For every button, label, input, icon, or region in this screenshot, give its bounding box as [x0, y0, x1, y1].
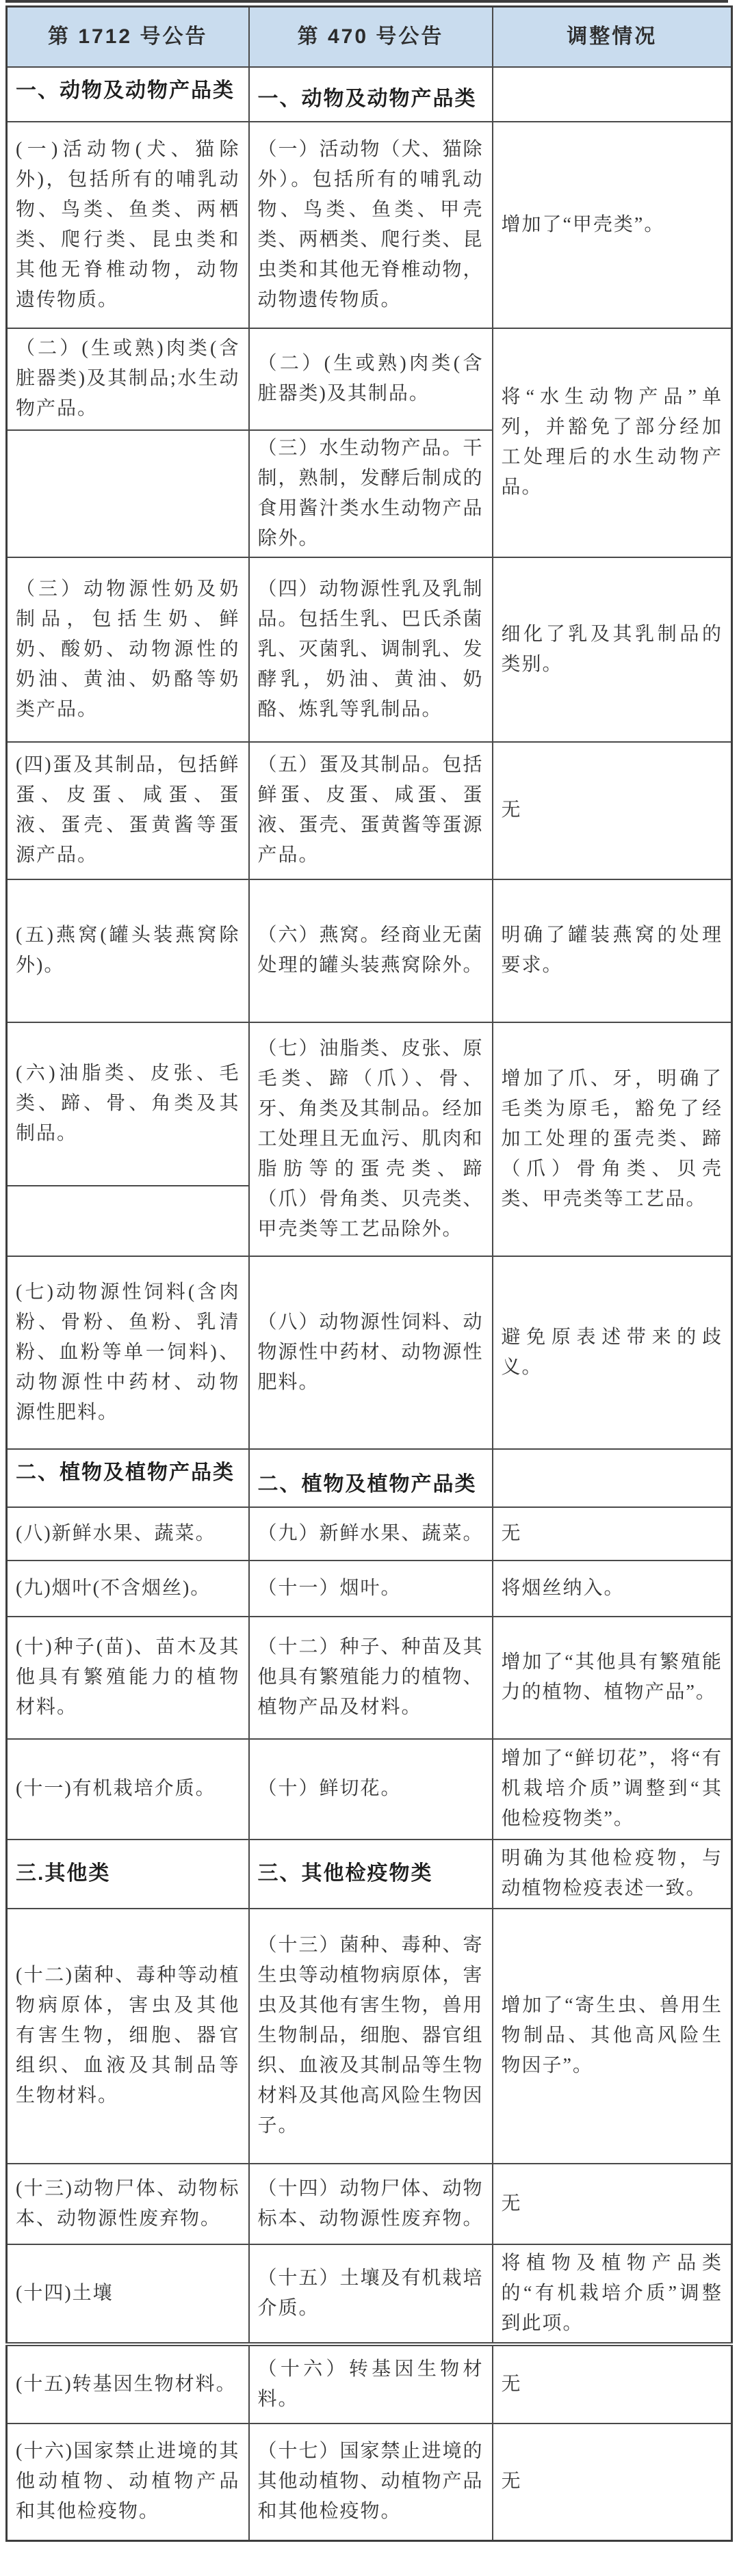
cell-470-tobacco: （十一）烟叶。 — [249, 1561, 493, 1617]
cell-1712-eggs: (四)蛋及其制品，包括鲜蛋、皮蛋、咸蛋、蛋液、蛋壳、蛋黄酱等蛋源产品。 — [7, 742, 249, 879]
cell-470-seeds: （十二）种子、种苗及其他具有繁殖能力的植物、植物产品及材料。 — [249, 1617, 493, 1739]
cell-note-pathogens: 增加了“寄生虫、兽用生物制品、其他高风险生物因子”。 — [493, 1909, 732, 2164]
cell-470-pathogens: （十三）菌种、毒种、寄生虫等动植物病原体，害虫及其他有害生物，兽用生物制品，细胞… — [249, 1909, 493, 2164]
cell-note-tobacco: 将烟丝纳入。 — [493, 1561, 732, 1617]
cell-1712-tobacco: (九)烟叶(不含烟丝)。 — [7, 1561, 249, 1617]
row-seeds: (十)种子(苗)、苗木及其他具有繁殖能力的植物材料。 （十二）种子、种苗及其他具… — [7, 1617, 732, 1739]
cell-note-live-animals: 增加了“甲壳类”。 — [493, 122, 732, 328]
row-growing-media: (十一)有机栽培介质。 （十）鲜切花。 增加了“鲜切花”，将“有机栽培介质”调整… — [7, 1739, 732, 1840]
row-carcasses: (十三)动物尸体、动物标本、动物源性废弃物。 （十四）动物尸体、动物标本、动物源… — [7, 2164, 732, 2244]
column-header-announcement-1712: 第 1712 号公告 — [7, 7, 249, 67]
cell-1712-birds-nest: (五)燕窝(罐头装燕窝除外)。 — [7, 879, 249, 1022]
cell-1712-pathogens: (十二)菌种、毒种等动植物病原体，害虫及其他有害生物，细胞、器官组织、血液及其制… — [7, 1909, 249, 2164]
cell-note-animal-feed: 避免原表述带来的歧义。 — [493, 1256, 732, 1449]
cell-470-eggs: （五）蛋及其制品。包括鲜蛋、皮蛋、咸蛋、蛋液、蛋壳、蛋黄酱等蛋源产品。 — [249, 742, 493, 879]
cell-1712-dairy: （三）动物源性奶及奶制品，包括生奶、鲜奶、酸奶、动物源性的奶油、黄油、奶酪等奶类… — [7, 557, 249, 742]
row-meat: （二）(生或熟)肉类(含脏器类)及其制品;水生动物产品。 （二）(生或熟)肉类(… — [7, 328, 732, 430]
cell-470-birds-nest: （六）燕窝。经商业无菌处理的罐头装燕窝除外。 — [249, 879, 493, 1022]
row-animal-feed: (七)动物源性饲料(含肉粉、骨粉、鱼粉、乳清粉、血粉等单一饲料)、动物源性中药材… — [7, 1256, 732, 1449]
column-header-announcement-470: 第 470 号公告 — [249, 7, 493, 67]
cell-1712-aquatic-empty — [7, 430, 249, 557]
cell-470-soil: （十五）土壤及有机栽培介质。 — [249, 2244, 493, 2344]
cell-1712-animal-feed: (七)动物源性饲料(含肉粉、骨粉、鱼粉、乳清粉、血粉等单一饲料)、动物源性中药材… — [7, 1256, 249, 1449]
row-soil: (十四)土壤 （十五）土壤及有机栽培介质。 将植物及植物产品类的“有机栽培介质”… — [7, 2244, 732, 2344]
cell-470-fresh-fruits: （九）新鲜水果、蔬菜。 — [249, 1507, 493, 1561]
cell-1712-prohibited: (十六)国家禁止进境的其他动植物、动植物产品和其他检疫物。 — [7, 2424, 249, 2541]
cell-1712-carcasses: (十三)动物尸体、动物标本、动物源性废弃物。 — [7, 2164, 249, 2244]
section-animal-left: 一、动物及动物产品类 — [7, 67, 249, 122]
row-birds-nest: (五)燕窝(罐头装燕窝除外)。 （六）燕窝。经商业无菌处理的罐头装燕窝除外。 明… — [7, 879, 732, 1022]
section-other-note: 明确为其他检疫物，与动植物检疫表述一致。 — [493, 1840, 732, 1909]
row-dairy: （三）动物源性奶及奶制品，包括生奶、鲜奶、酸奶、动物源性的奶油、黄油、奶酪等奶类… — [7, 557, 732, 742]
section-animal-note — [493, 67, 732, 122]
cell-1712-gmo: (十五)转基因生物材料。 — [7, 2344, 249, 2424]
cell-1712-fresh-fruits: (八)新鲜水果、蔬菜。 — [7, 1507, 249, 1561]
section-animal-mid: 一、动物及动物产品类 — [249, 67, 493, 122]
cell-470-dairy: （四）动物源性乳及乳制品。包括生乳、巴氏杀菌乳、灭菌乳、调制乳、发酵乳，奶油、黄… — [249, 557, 493, 742]
section-plant-mid: 二、植物及植物产品类 — [249, 1449, 493, 1507]
document-page: 第 1712 号公告 第 470 号公告 调整情况 一、动物及动物产品类 一、动… — [0, 0, 739, 2576]
cell-470-animal-feed: （八）动物源性饲料、动物源性中药材、动物源性肥料。 — [249, 1256, 493, 1449]
cell-470-live-animals: （一）活动物（犬、猫除外）。包括所有的哺乳动物、鸟类、鱼类、甲壳类、两栖类、爬行… — [249, 122, 493, 328]
cell-note-birds-nest: 明确了罐装燕窝的处理要求。 — [493, 879, 732, 1022]
cell-1712-meat: （二）(生或熟)肉类(含脏器类)及其制品;水生动物产品。 — [7, 328, 249, 430]
section-other-left: 三.其他类 — [7, 1840, 249, 1909]
cell-470-prohibited: （十七）国家禁止进境的其他动植物、动植物产品和其他检疫物。 — [249, 2424, 493, 2541]
cell-470-aquatic-products: （三）水生动物产品。干制，熟制，发酵后制成的食用酱汁类水生动物产品除外。 — [249, 430, 493, 557]
cell-note-meat-aquatic: 将“水生动物产品”单列，并豁免了部分经加工处理后的水生动物产品。 — [493, 328, 732, 557]
cell-note-prohibited: 无 — [493, 2424, 732, 2541]
row-eggs: (四)蛋及其制品，包括鲜蛋、皮蛋、咸蛋、蛋液、蛋壳、蛋黄酱等蛋源产品。 （五）蛋… — [7, 742, 732, 879]
row-fats-hides: (六)油脂类、皮张、毛类、蹄、骨、角类及其制品。 （七）油脂类、皮张、原毛类、蹄… — [7, 1022, 732, 1186]
row-pathogens: (十二)菌种、毒种等动植物病原体，害虫及其他有害生物，细胞、器官组织、血液及其制… — [7, 1909, 732, 2164]
cell-1712-live-animals: (一)活动物(犬、猫除外)，包括所有的哺乳动物、鸟类、鱼类、两栖类、爬行类、昆虫… — [7, 122, 249, 328]
row-fresh-fruits: (八)新鲜水果、蔬菜。 （九）新鲜水果、蔬菜。 无 — [7, 1507, 732, 1561]
cell-470-carcasses: （十四）动物尸体、动物标本、动物源性废弃物。 — [249, 2164, 493, 2244]
cell-1712-fats-hides-empty — [7, 1186, 249, 1256]
section-plant-note — [493, 1449, 732, 1507]
cell-note-eggs: 无 — [493, 742, 732, 879]
cell-1712-seeds: (十)种子(苗)、苗木及其他具有繁殖能力的植物材料。 — [7, 1617, 249, 1739]
announcement-comparison-table: 第 1712 号公告 第 470 号公告 调整情况 一、动物及动物产品类 一、动… — [5, 5, 733, 2542]
row-prohibited-items: (十六)国家禁止进境的其他动植物、动植物产品和其他检疫物。 （十七）国家禁止进境… — [7, 2424, 732, 2541]
cell-470-gmo: （十六）转基因生物材料。 — [249, 2344, 493, 2424]
cell-470-fats-hides: （七）油脂类、皮张、原毛类、蹄（爪）、骨、牙、角类及其制品。经加工处理且无血污、… — [249, 1022, 493, 1256]
cell-note-soil: 将植物及植物产品类的“有机栽培介质”调整到此项。 — [493, 2244, 732, 2344]
table-header-row: 第 1712 号公告 第 470 号公告 调整情况 — [7, 7, 732, 67]
cell-1712-fats-hides: (六)油脂类、皮张、毛类、蹄、骨、角类及其制品。 — [7, 1022, 249, 1186]
column-header-adjustment: 调整情况 — [493, 7, 732, 67]
cutoff-content-line — [5, 0, 728, 3]
section-plant-left: 二、植物及植物产品类 — [7, 1449, 249, 1507]
cell-note-seeds: 增加了“其他具有繁殖能力的植物、植物产品”。 — [493, 1617, 732, 1739]
cell-note-growing-media: 增加了“鲜切花”，将“有机栽培介质”调整到“其他检疫物类”。 — [493, 1739, 732, 1840]
row-live-animals: (一)活动物(犬、猫除外)，包括所有的哺乳动物、鸟类、鱼类、两栖类、爬行类、昆虫… — [7, 122, 732, 328]
cell-note-dairy: 细化了乳及其乳制品的类别。 — [493, 557, 732, 742]
section-other-mid: 三、其他检疫物类 — [249, 1840, 493, 1909]
cell-1712-growing-media: (十一)有机栽培介质。 — [7, 1739, 249, 1840]
row-tobacco: (九)烟叶(不含烟丝)。 （十一）烟叶。 将烟丝纳入。 — [7, 1561, 732, 1617]
row-gmo: (十五)转基因生物材料。 （十六）转基因生物材料。 无 — [7, 2344, 732, 2424]
cell-note-fresh-fruits: 无 — [493, 1507, 732, 1561]
cell-1712-soil: (十四)土壤 — [7, 2244, 249, 2344]
cell-470-meat: （二）(生或熟)肉类(含脏器类)及其制品。 — [249, 328, 493, 430]
section-row-animal-products: 一、动物及动物产品类 一、动物及动物产品类 — [7, 67, 732, 122]
cell-note-fats-hides: 增加了爪、牙，明确了毛类为原毛，豁免了经加工处理的蛋壳类、蹄（爪）骨角类、贝壳类… — [493, 1022, 732, 1256]
section-row-other: 三.其他类 三、其他检疫物类 明确为其他检疫物，与动植物检疫表述一致。 — [7, 1840, 732, 1909]
cell-470-cut-flowers: （十）鲜切花。 — [249, 1739, 493, 1840]
section-row-plant-products: 二、植物及植物产品类 二、植物及植物产品类 — [7, 1449, 732, 1507]
cell-note-carcasses: 无 — [493, 2164, 732, 2244]
cell-note-gmo: 无 — [493, 2344, 732, 2424]
